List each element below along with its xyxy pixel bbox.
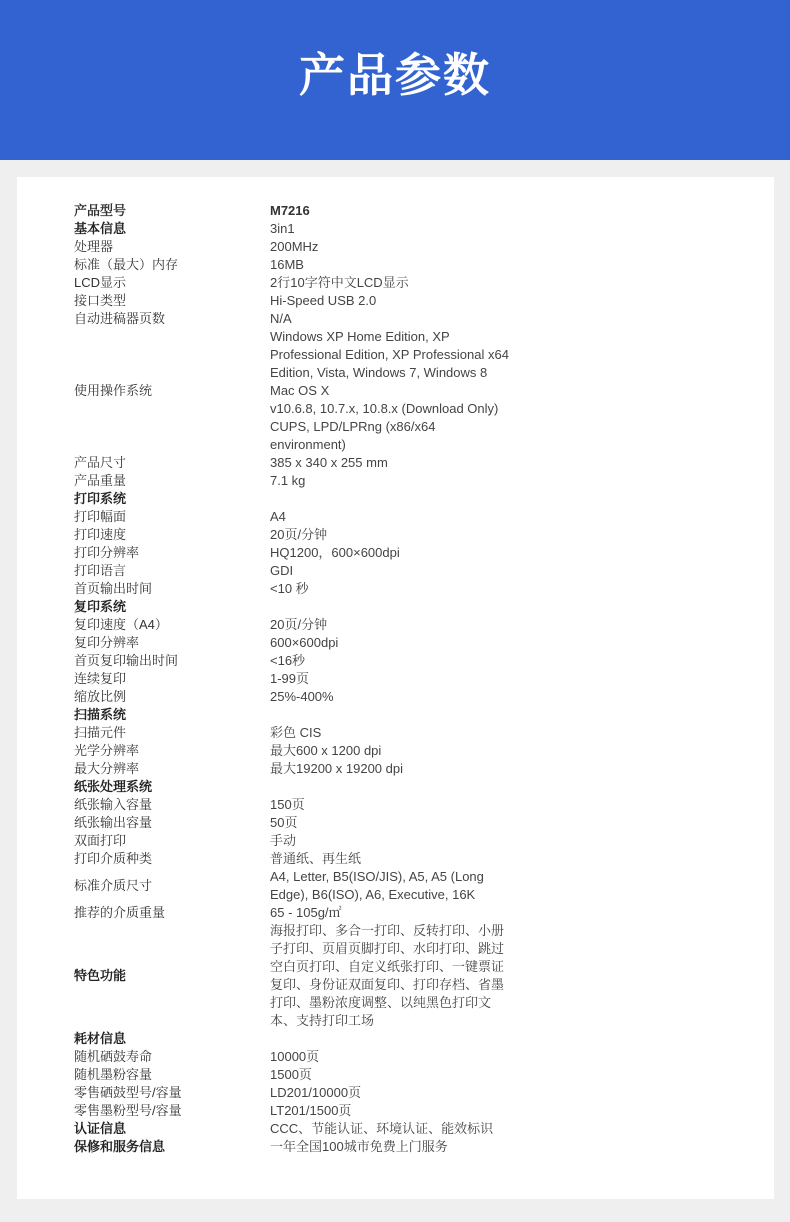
spec-value — [270, 778, 512, 796]
spec-value: 2行10字符中文LCD显示 — [270, 274, 512, 292]
spec-row: 随机墨粉容量1500页 — [74, 1066, 534, 1084]
spec-row: 光学分辨率最大600 x 1200 dpi — [74, 742, 534, 760]
spec-label: 纸张输入容量 — [74, 796, 270, 814]
spec-row: 双面打印手动 — [74, 832, 534, 850]
spec-label: 缩放比例 — [74, 688, 270, 706]
spec-value — [270, 598, 512, 616]
spec-label: 纸张处理系统 — [74, 778, 270, 796]
spec-value: 50页 — [270, 814, 512, 832]
page-title: 产品参数 — [0, 40, 790, 110]
spec-label: 复印速度（A4） — [74, 616, 270, 634]
spec-value: 海报打印、多合一打印、反转打印、小册子打印、页眉页脚打印、水印打印、跳过空白页打… — [270, 922, 512, 1030]
spec-label: 标准介质尺寸 — [74, 868, 270, 904]
spec-row: 产品重量7.1 kg — [74, 472, 534, 490]
spec-value: 1-99页 — [270, 670, 512, 688]
spec-label: 扫描系统 — [74, 706, 270, 724]
spec-label: 产品尺寸 — [74, 454, 270, 472]
spec-label: 纸张输出容量 — [74, 814, 270, 832]
spec-value: 600×600dpi — [270, 634, 512, 652]
spec-label: 最大分辨率 — [74, 760, 270, 778]
spec-row: 基本信息3in1 — [74, 220, 534, 238]
spec-value: 200MHz — [270, 238, 512, 256]
spec-row: 特色功能海报打印、多合一打印、反转打印、小册子打印、页眉页脚打印、水印打印、跳过… — [74, 922, 534, 1030]
spec-value: 最大600 x 1200 dpi — [270, 742, 512, 760]
spec-row: 纸张输出容量50页 — [74, 814, 534, 832]
spec-value — [270, 706, 512, 724]
spec-label: LCD显示 — [74, 274, 270, 292]
spec-label: 光学分辨率 — [74, 742, 270, 760]
spec-row: 打印分辨率HQ1200，600×600dpi — [74, 544, 534, 562]
spec-row: 缩放比例25%-400% — [74, 688, 534, 706]
spec-value: 1500页 — [270, 1066, 512, 1084]
spec-row: 打印介质种类普通纸、再生纸 — [74, 850, 534, 868]
spec-label: 耗材信息 — [74, 1030, 270, 1048]
spec-table: 产品型号M7216基本信息3in1处理器200MHz标准（最大）内存16MBLC… — [74, 202, 534, 1156]
spec-label: 自动进稿器页数 — [74, 310, 270, 328]
spec-row: 复印系统 — [74, 598, 534, 616]
spec-value: A4 — [270, 508, 512, 526]
spec-row: 连续复印1-99页 — [74, 670, 534, 688]
spec-label: 复印分辨率 — [74, 634, 270, 652]
spec-row: 认证信息CCC、节能认证、环境认证、能效标识 — [74, 1120, 534, 1138]
spec-row: 打印速度20页/分钟 — [74, 526, 534, 544]
spec-label: 产品型号 — [74, 202, 270, 220]
spec-value: Windows XP Home Edition, XP Professional… — [270, 328, 512, 454]
spec-row: 打印语言GDI — [74, 562, 534, 580]
spec-row: 最大分辨率最大19200 x 19200 dpi — [74, 760, 534, 778]
spec-row: 产品尺寸385 x 340 x 255 mm — [74, 454, 534, 472]
spec-label: 使用操作系统 — [74, 328, 270, 454]
spec-row: 处理器200MHz — [74, 238, 534, 256]
spec-row: 纸张处理系统 — [74, 778, 534, 796]
spec-row: 随机硒鼓寿命10000页 — [74, 1048, 534, 1066]
spec-row: 复印分辨率600×600dpi — [74, 634, 534, 652]
spec-row: 推荐的介质重量65 - 105g/㎡ — [74, 904, 534, 922]
spec-label: 打印速度 — [74, 526, 270, 544]
spec-value: M7216 — [270, 202, 512, 220]
spec-label: 特色功能 — [74, 922, 270, 1030]
spec-row: 零售墨粉型号/容量LT201/1500页 — [74, 1102, 534, 1120]
spec-value: GDI — [270, 562, 512, 580]
spec-row: 自动进稿器页数N/A — [74, 310, 534, 328]
spec-label: 复印系统 — [74, 598, 270, 616]
spec-value: 彩色 CIS — [270, 724, 512, 742]
spec-row: 复印速度（A4）20页/分钟 — [74, 616, 534, 634]
spec-value: <16秒 — [270, 652, 512, 670]
spec-row: 使用操作系统Windows XP Home Edition, XP Profes… — [74, 328, 534, 454]
spec-label: 零售墨粉型号/容量 — [74, 1102, 270, 1120]
spec-card: 产品型号M7216基本信息3in1处理器200MHz标准（最大）内存16MBLC… — [17, 177, 774, 1199]
spec-value: 20页/分钟 — [270, 526, 512, 544]
spec-value: 10000页 — [270, 1048, 512, 1066]
spec-label: 产品重量 — [74, 472, 270, 490]
spec-row: 耗材信息 — [74, 1030, 534, 1048]
spec-value: Hi-Speed USB 2.0 — [270, 292, 512, 310]
spec-value — [270, 1030, 512, 1048]
spec-label: 推荐的介质重量 — [74, 904, 270, 922]
spec-row: 首页复印输出时间<16秒 — [74, 652, 534, 670]
spec-row: 打印系统 — [74, 490, 534, 508]
spec-label: 打印介质种类 — [74, 850, 270, 868]
spec-value: 3in1 — [270, 220, 512, 238]
spec-value: 65 - 105g/㎡ — [270, 904, 512, 922]
spec-row: 扫描系统 — [74, 706, 534, 724]
spec-label: 标准（最大）内存 — [74, 256, 270, 274]
spec-value: 25%-400% — [270, 688, 512, 706]
spec-row: 标准介质尺寸A4, Letter, B5(ISO/JIS), A5, A5 (L… — [74, 868, 534, 904]
spec-label: 首页复印输出时间 — [74, 652, 270, 670]
spec-label: 处理器 — [74, 238, 270, 256]
spec-row: 标准（最大）内存16MB — [74, 256, 534, 274]
spec-value: 手动 — [270, 832, 512, 850]
spec-label: 基本信息 — [74, 220, 270, 238]
spec-value: 16MB — [270, 256, 512, 274]
spec-value: 150页 — [270, 796, 512, 814]
header-banner: 产品参数 — [0, 0, 790, 160]
spec-label: 打印语言 — [74, 562, 270, 580]
spec-value: CCC、节能认证、环境认证、能效标识 — [270, 1120, 512, 1138]
spec-row: 接口类型Hi-Speed USB 2.0 — [74, 292, 534, 310]
spec-label: 扫描元件 — [74, 724, 270, 742]
spec-value: 7.1 kg — [270, 472, 512, 490]
spec-label: 零售硒鼓型号/容量 — [74, 1084, 270, 1102]
spec-label: 双面打印 — [74, 832, 270, 850]
spec-row: 产品型号M7216 — [74, 202, 534, 220]
spec-row: 纸张输入容量150页 — [74, 796, 534, 814]
spec-label: 打印分辨率 — [74, 544, 270, 562]
spec-value: 20页/分钟 — [270, 616, 512, 634]
spec-row: 保修和服务信息一年全国100城市免费上门服务 — [74, 1138, 534, 1156]
spec-label: 连续复印 — [74, 670, 270, 688]
spec-value: 最大19200 x 19200 dpi — [270, 760, 512, 778]
spec-row: 零售硒鼓型号/容量LD201/10000页 — [74, 1084, 534, 1102]
spec-label: 随机墨粉容量 — [74, 1066, 270, 1084]
spec-value: <10 秒 — [270, 580, 512, 598]
spec-row: 打印幅面A4 — [74, 508, 534, 526]
spec-label: 随机硒鼓寿命 — [74, 1048, 270, 1066]
spec-label: 打印幅面 — [74, 508, 270, 526]
spec-row: LCD显示2行10字符中文LCD显示 — [74, 274, 534, 292]
spec-label: 首页输出时间 — [74, 580, 270, 598]
spec-label: 打印系统 — [74, 490, 270, 508]
spec-value: A4, Letter, B5(ISO/JIS), A5, A5 (Long Ed… — [270, 868, 512, 904]
spec-value: LD201/10000页 — [270, 1084, 512, 1102]
spec-row: 首页输出时间<10 秒 — [74, 580, 534, 598]
spec-value: HQ1200，600×600dpi — [270, 544, 512, 562]
spec-row: 扫描元件彩色 CIS — [74, 724, 534, 742]
spec-label: 保修和服务信息 — [74, 1138, 270, 1156]
spec-value: 普通纸、再生纸 — [270, 850, 512, 868]
spec-value: N/A — [270, 310, 512, 328]
spec-value: 一年全国100城市免费上门服务 — [270, 1138, 512, 1156]
spec-value: LT201/1500页 — [270, 1102, 512, 1120]
spec-label: 认证信息 — [74, 1120, 270, 1138]
spec-value: 385 x 340 x 255 mm — [270, 454, 512, 472]
spec-value — [270, 490, 512, 508]
spec-label: 接口类型 — [74, 292, 270, 310]
